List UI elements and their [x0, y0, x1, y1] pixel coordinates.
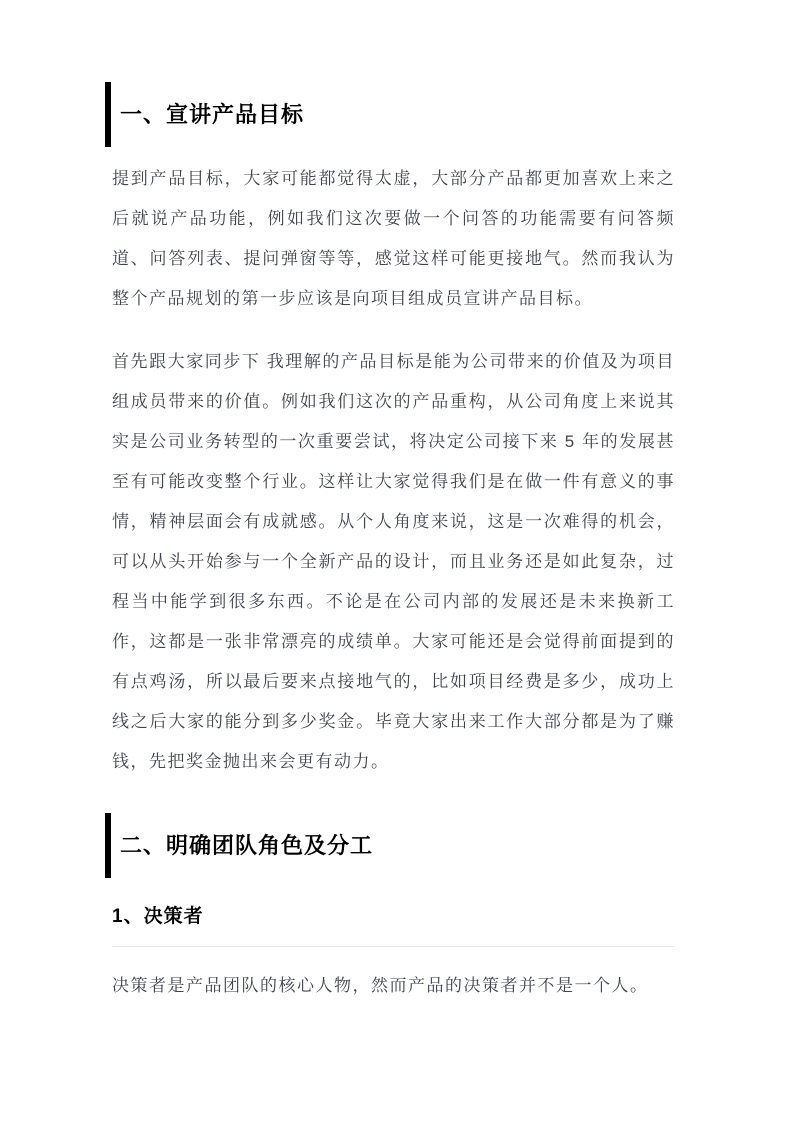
document-page: 一、宣讲产品目标 提到产品目标，大家可能都觉得太虚，大部分产品都更加喜欢上来之后…: [0, 0, 793, 1122]
section-heading-team-roles: 二、明确团队角色及分工: [105, 813, 675, 878]
section-heading-promote-product-goal: 一、宣讲产品目标: [105, 82, 675, 147]
document-content: 一、宣讲产品目标 提到产品目标，大家可能都觉得太虚，大部分产品都更加喜欢上来之后…: [0, 0, 793, 1006]
paragraph-decision-maker: 决策者是产品团队的核心人物，然而产品的决策者并不是一个人。: [112, 966, 675, 1006]
paragraph-product-goal-detail: 首先跟大家同步下 我理解的产品目标是能为公司带来的价值及为项目组成员带来的价值。…: [112, 342, 675, 782]
paragraph-product-goal-intro: 提到产品目标，大家可能都觉得太虚，大部分产品都更加喜欢上来之后就说产品功能，例如…: [112, 159, 675, 319]
subsection-heading-decision-maker: 1、决策者: [112, 904, 675, 947]
